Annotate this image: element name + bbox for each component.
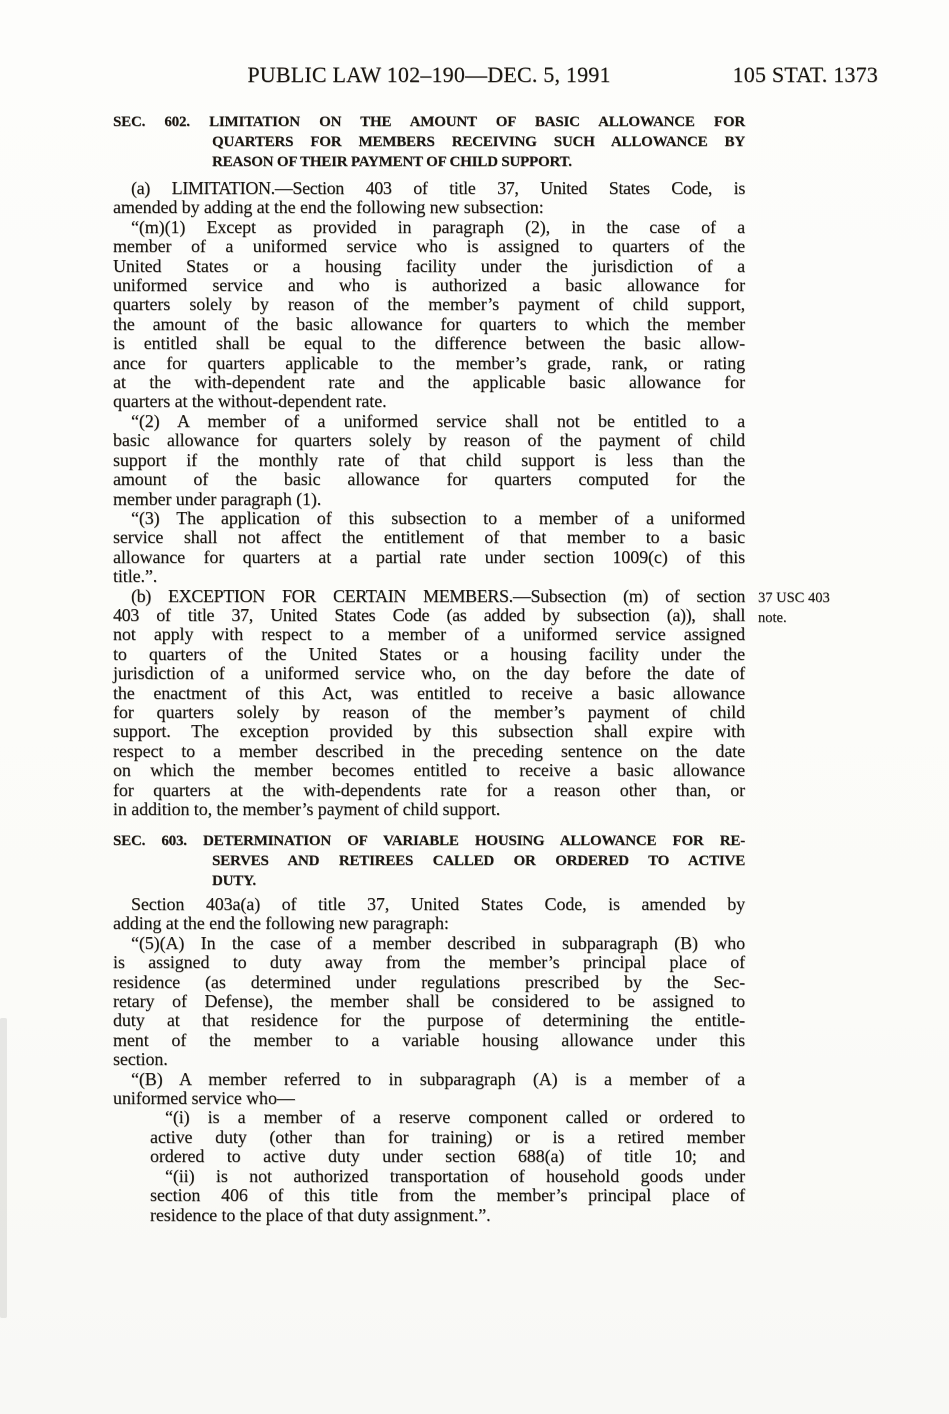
text-line: “(ii) is not authorized transportation o… [150, 1167, 745, 1186]
text-line: support. The exception provided by this … [113, 722, 745, 741]
text-line: ance for quarters applicable to the memb… [113, 354, 745, 373]
text-line: “(3) The application of this subsection … [113, 509, 745, 528]
text-line: “(i) is a member of a reserve component … [150, 1108, 745, 1127]
text-line: quarters solely by reason of the member’… [113, 295, 745, 314]
paragraph-5a: “(5)(A) In the case of a member describe… [113, 934, 745, 1070]
heading-line: SERVES AND RETIREES CALLED OR ORDERED TO… [113, 851, 745, 871]
text-line: “(B) A member referred to in subparagrap… [113, 1070, 745, 1089]
text-line: on which the member becomes entitled to … [113, 761, 745, 780]
text-line: in addition to, the member’s payment of … [113, 800, 745, 819]
text-line: to quarters of the United States or a ho… [113, 645, 745, 664]
text-line: not apply with respect to a member of a … [113, 625, 745, 644]
text-line: member under paragraph (1). [113, 490, 745, 509]
law-citation: PUBLIC LAW 102–190—DEC. 5, 1991 [113, 62, 745, 88]
heading-line: SEC. 603. DETERMINATION OF VARIABLE HOUS… [113, 831, 745, 851]
text-line: (b) EXCEPTION FOR CERTAIN MEMBERS.—Subse… [113, 587, 745, 606]
heading-line: REASON OF THEIR PAYMENT OF CHILD SUPPORT… [113, 152, 745, 172]
paragraph-intro: Section 403a(a) of title 37, United Stat… [113, 895, 745, 934]
text-line: amended by adding at the end the followi… [113, 198, 745, 217]
text-line: amount of the basic allowance for quarte… [113, 470, 745, 489]
paragraph-m1: “(m)(1) Except as provided in paragraph … [113, 218, 745, 412]
text-line: duty at that residence for the purpose o… [113, 1011, 745, 1030]
text-line: title.”. [113, 567, 745, 586]
text-line: basic allowance for quarters solely by r… [113, 431, 745, 450]
section-603-body: Section 403a(a) of title 37, United Stat… [113, 895, 745, 1225]
text-line: at the with-dependent rate and the appli… [113, 373, 745, 392]
text-line: uniformed service who— [113, 1089, 745, 1108]
heading-line: QUARTERS FOR MEMBERS RECEIVING SUCH ALLO… [113, 132, 745, 152]
paragraph-5b: “(B) A member referred to in subparagrap… [113, 1070, 745, 1109]
paragraph-m3: “(3) The application of this subsection … [113, 509, 745, 587]
text-line: member of a uniformed service who is ass… [113, 237, 745, 256]
text-line: residence (as determined under regulatio… [113, 973, 745, 992]
clause-5b-i: “(i) is a member of a reserve component … [113, 1108, 745, 1166]
text-line: adding at the end the following new para… [113, 914, 745, 933]
text-line: ment of the member to a variable housing… [113, 1031, 745, 1050]
section-602-heading: SEC. 602. LIMITATION ON THE AMOUNT OF BA… [113, 112, 745, 172]
text-line: service shall not affect the entitlement… [113, 528, 745, 547]
text-line: support if the monthly rate of that chil… [113, 451, 745, 470]
text-line: is assigned to duty away from the member… [113, 953, 745, 972]
text-line: uniformed service and who is authorized … [113, 276, 745, 295]
text-line: (a) LIMITATION.—Section 403 of title 37,… [113, 179, 745, 198]
text-line: residence to the place of that duty assi… [150, 1206, 745, 1225]
section-602-body: (a) LIMITATION.—Section 403 of title 37,… [113, 179, 745, 819]
paragraph-b: (b) EXCEPTION FOR CERTAIN MEMBERS.—Subse… [113, 587, 745, 820]
text-line: retary of Defense), the member shall be … [113, 992, 745, 1011]
text-line: allowance for quarters at a partial rate… [113, 548, 745, 567]
page-header: PUBLIC LAW 102–190—DEC. 5, 1991 105 STAT… [113, 62, 878, 92]
margin-note-line: note. [758, 608, 898, 628]
text-line: for quarters at the with-dependents rate… [113, 781, 745, 800]
margin-note-line: 37 USC 403 [758, 588, 898, 608]
text-line: section. [113, 1050, 745, 1069]
heading-line: DUTY. [113, 871, 745, 891]
text-line: active duty (other than for training) or… [150, 1128, 745, 1147]
heading-line: SEC. 602. LIMITATION ON THE AMOUNT OF BA… [113, 112, 745, 132]
paragraph-a: (a) LIMITATION.—Section 403 of title 37,… [113, 179, 745, 218]
text-line: “(m)(1) Except as provided in paragraph … [113, 218, 745, 237]
paragraph-m2: “(2) A member of a uniformed service sha… [113, 412, 745, 509]
text-line: the enactment of this Act, was entitled … [113, 684, 745, 703]
text-line: “(5)(A) In the case of a member describe… [113, 934, 745, 953]
text-line: Section 403a(a) of title 37, United Stat… [113, 895, 745, 914]
scan-edge-artifact [0, 1018, 7, 1318]
text-line: United States or a housing facility unde… [113, 257, 745, 276]
text-line: the amount of the basic allowance for qu… [113, 315, 745, 334]
stat-citation: 105 STAT. 1373 [733, 62, 878, 88]
clause-5b-ii: “(ii) is not authorized transportation o… [113, 1167, 745, 1225]
statute-page: PUBLIC LAW 102–190—DEC. 5, 1991 105 STAT… [0, 0, 949, 1414]
margin-note-usc-reference: 37 USC 403 note. [758, 588, 898, 628]
text-line: “(2) A member of a uniformed service sha… [113, 412, 745, 431]
text-line: ordered to active duty under section 688… [150, 1147, 745, 1166]
text-line: respect to a member described in the pre… [113, 742, 745, 761]
text-line: section 406 of this title from the membe… [150, 1186, 745, 1205]
text-line: quarters at the without-dependent rate. [113, 392, 745, 411]
text-line: jurisdiction of a uniformed service who,… [113, 664, 745, 683]
text-line: is entitled shall be equal to the differ… [113, 334, 745, 353]
text-line: 403 of title 37, United States Code (as … [113, 606, 745, 625]
section-603-heading: SEC. 603. DETERMINATION OF VARIABLE HOUS… [113, 831, 745, 891]
text-line: for quarters solely by reason of the mem… [113, 703, 745, 722]
